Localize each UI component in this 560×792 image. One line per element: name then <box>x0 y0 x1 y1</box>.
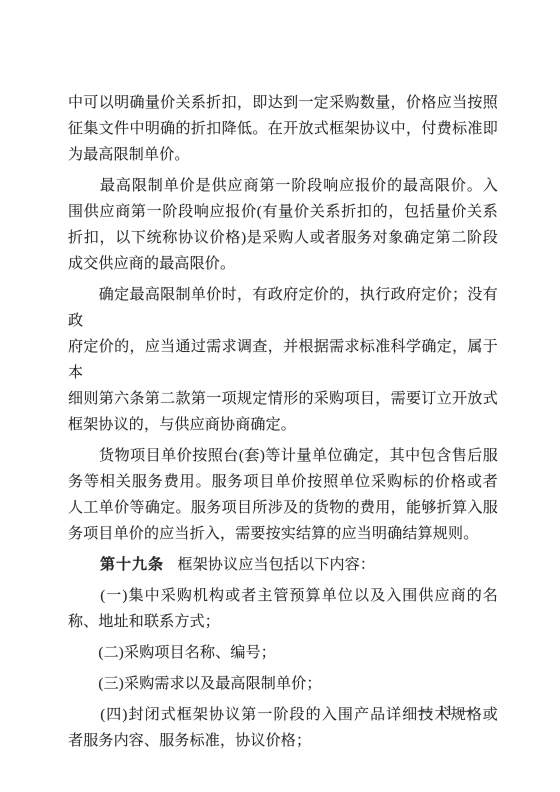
paragraph: 货物项目单价按照台(套)等计量单位确定，其中包含售后服务等相关服务费用。服务项目… <box>68 443 498 547</box>
page-number: — 11 — <box>418 703 474 720</box>
paragraph: 最高限制单价是供应商第一阶段响应报价的最高限价。入围供应商第一阶段响应报价(有量… <box>68 173 498 277</box>
text-line: 框架协议的，与供应商协商确定。 <box>68 412 498 438</box>
article-heading-line: 第十九条框架协议应当包括以下内容： <box>68 552 498 578</box>
paragraph: (二)采购项目名称、编号； <box>68 640 498 666</box>
text-line: 最高限制单价是供应商第一阶段响应报价的最高限价。入 <box>68 173 498 199</box>
text-line: 为最高限制单价。 <box>68 142 498 168</box>
text-line: 围供应商第一阶段响应报价(有量价关系折扣的，包括量价关系 <box>68 199 498 225</box>
paragraph: (一)集中采购机构或者主管预算单位以及入围供应商的名称、地址和联系方式； <box>68 583 498 635</box>
document-content: 中可以明确量价关系折扣，即达到一定采购数量，价格应当按照征集文件中明确的折扣降低… <box>68 90 498 759</box>
article-paragraph: 第十九条框架协议应当包括以下内容： <box>68 552 498 578</box>
paragraph: (三)采购需求以及最高限制单价； <box>68 671 498 697</box>
text-line: 征集文件中明确的折扣降低。在开放式框架协议中，付费标准即 <box>68 116 498 142</box>
text-line: 折扣，以下统称协议价格)是采购人或者服务对象确定第二阶段 <box>68 225 498 251</box>
text-line: 府定价的，应当通过需求调查，并根据需求标准科学确定，属于本 <box>68 334 498 386</box>
text-line: 务项目单价的应当折入，需要按实结算的应当明确结算规则。 <box>68 521 498 547</box>
text-line: 货物项目单价按照台(套)等计量单位确定，其中包含售后服 <box>68 443 498 469</box>
text-line: (三)采购需求以及最高限制单价； <box>68 671 498 697</box>
article-number: 第十九条 <box>68 556 164 573</box>
paragraph: 中可以明确量价关系折扣，即达到一定采购数量，价格应当按照征集文件中明确的折扣降低… <box>68 90 498 168</box>
document-page: 中可以明确量价关系折扣，即达到一定采购数量，价格应当按照征集文件中明确的折扣降低… <box>0 0 560 792</box>
text-line: 确定最高限制单价时，有政府定价的，执行政府定价；没有政 <box>68 282 498 334</box>
text-line: 人工单价等确定。服务项目所涉及的货物的费用，能够折算入服 <box>68 495 498 521</box>
text-line: 务等相关服务费用。服务项目单价按照单位采购标的价格或者 <box>68 469 498 495</box>
article-text: 框架协议应当包括以下内容： <box>178 557 376 573</box>
text-line: 中可以明确量价关系折扣，即达到一定采购数量，价格应当按照 <box>68 90 498 116</box>
text-line: (二)采购项目名称、编号； <box>68 640 498 666</box>
text-line: 细则第六条第二款第一项规定情形的采购项目，需要订立开放式 <box>68 386 498 412</box>
text-line: (一)集中采购机构或者主管预算单位以及入围供应商的名 <box>68 583 498 609</box>
text-line: 成交供应商的最高限价。 <box>68 251 498 277</box>
text-line: 称、地址和联系方式； <box>68 609 498 635</box>
paragraph: 确定最高限制单价时，有政府定价的，执行政府定价；没有政府定价的，应当通过需求调查… <box>68 282 498 438</box>
text-line: 者服务内容、服务标准，协议价格； <box>68 728 498 754</box>
